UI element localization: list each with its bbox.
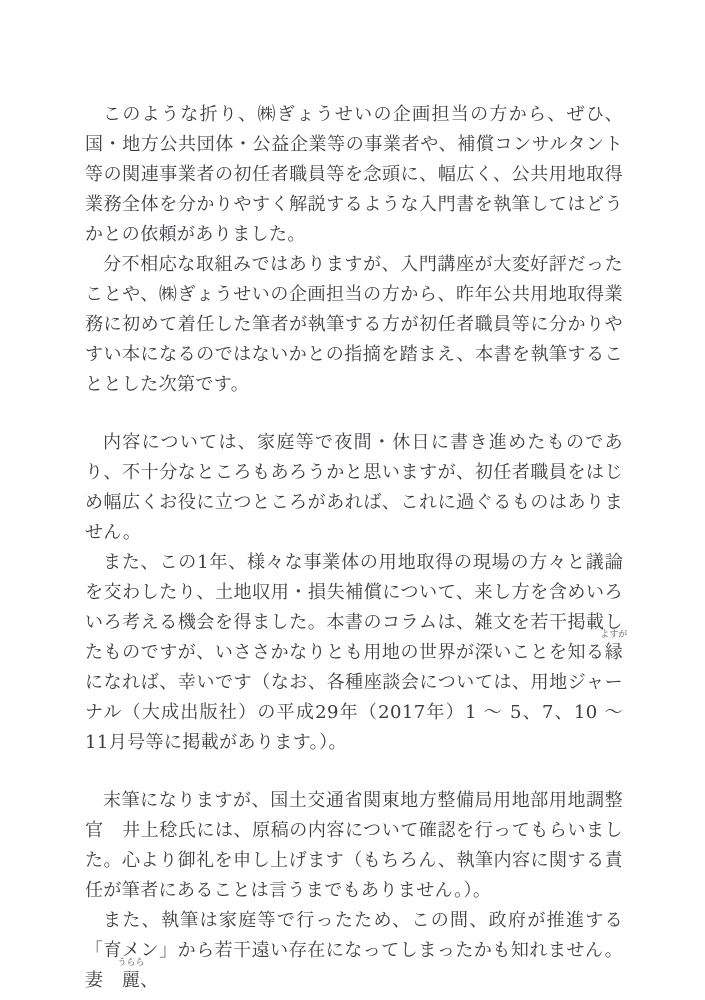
furigana-annotated-word: 麗うらら	[122, 970, 140, 991]
text-column: このような折り、㈱ぎょうせいの企画担当の方から、ぜひ、国・地方公共団体・公益企業…	[85, 100, 623, 996]
text-block: 末筆になりますが、国土交通省関東地方整備局用地部用地調整官 井上稔氏には、原稿の…	[85, 786, 623, 996]
furigana-annotated-word: 縁よすが	[605, 642, 623, 663]
paragraph: 末筆になりますが、国土交通省関東地方整備局用地部用地調整官 井上稔氏には、原稿の…	[85, 786, 623, 906]
paragraph: また、この1年、様々な事業体の用地取得の現場の方々と議論を交わしたり、土地収用・…	[85, 548, 623, 758]
paragraph: 分不相応な取組みではありますが、入門講座が大変好評だったことや、㈱ぎょうせいの企…	[85, 250, 623, 400]
furigana-text: よすが	[600, 631, 627, 640]
text-block: このような折り、㈱ぎょうせいの企画担当の方から、ぜひ、国・地方公共団体・公益企業…	[85, 100, 623, 400]
furigana-text: うらら	[118, 959, 145, 968]
text-block: 内容については、家庭等で夜間・休日に書き進めたものであり、不十分なところもあろう…	[85, 428, 623, 758]
paragraph: また、執筆は家庭等で行ったため、この間、政府が推進する「育メン」から若干遠い存在…	[85, 906, 623, 996]
document-page: このような折り、㈱ぎょうせいの企画担当の方から、ぜひ、国・地方公共団体・公益企業…	[0, 0, 705, 1000]
paragraph: 内容については、家庭等で夜間・休日に書き進めたものであり、不十分なところもあろう…	[85, 428, 623, 548]
paragraph: このような折り、㈱ぎょうせいの企画担当の方から、ぜひ、国・地方公共団体・公益企業…	[85, 100, 623, 250]
